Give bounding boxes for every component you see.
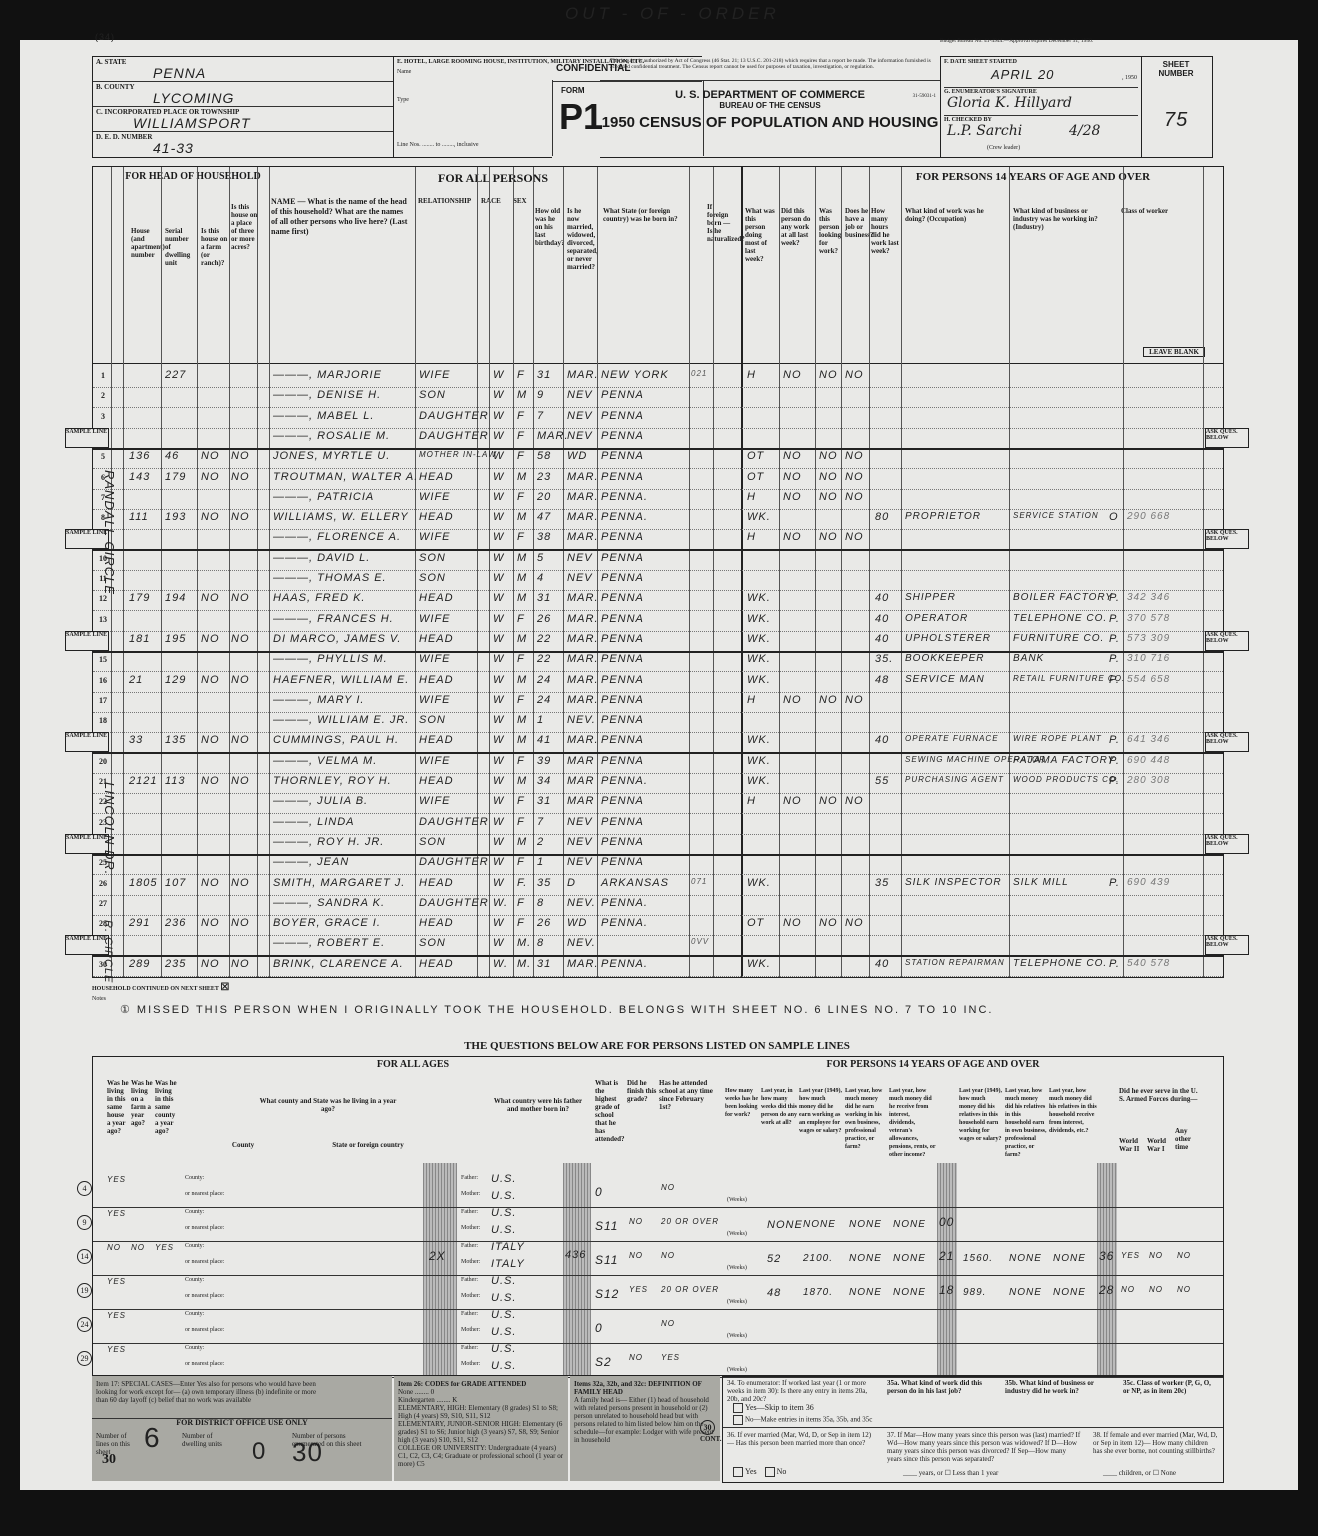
activity-last-week: H — [747, 795, 756, 807]
weeks-label: (Weeks) — [727, 1265, 747, 1272]
num-dwelling: 0 — [252, 1448, 266, 1456]
sex: F — [517, 430, 525, 442]
marital-status: MAR. — [567, 734, 599, 746]
birthplace: PENNA — [601, 633, 644, 645]
notes-text: ① MISSED THIS PERSON WHEN I ORIGINALLY T… — [120, 1003, 993, 1016]
activity-last-week: H — [747, 694, 756, 706]
marital-status: MAR. — [567, 694, 599, 706]
age: 26 — [537, 917, 551, 929]
finished-grade[interactable]: No — [629, 1353, 643, 1362]
marital-status: WD — [567, 450, 587, 462]
father-label: Father: — [461, 1345, 478, 1352]
marital-status: MAR. — [567, 613, 599, 625]
attended-school[interactable]: Yes — [661, 1353, 680, 1362]
mother-birthplace: U.S. — [491, 1292, 516, 1304]
sample-line-circle-icon: 14 — [77, 1249, 92, 1264]
mother-label: Mother: — [461, 1191, 480, 1198]
sample-row: 4YesCounty:or nearest place:Father:Mothe… — [93, 1173, 1223, 1208]
relationship: WIFE — [419, 613, 451, 625]
relationship: DAUGHTER — [419, 897, 489, 909]
q33a-answer[interactable]: No — [1121, 1285, 1135, 1294]
location-block: a. STATEPENNA b. COUNTYLYCOMING c. INCOR… — [92, 56, 394, 158]
sex: M — [517, 674, 527, 686]
code-g: 28 — [1099, 1283, 1114, 1297]
person-name: ———, JULIA B. — [273, 795, 368, 807]
ask-questions-below-tag: ASK QUES. BELOW — [1205, 631, 1249, 651]
num-lines: 30 — [102, 1456, 116, 1464]
serial-number: 129 — [165, 674, 186, 686]
father-birthplace: ITALY — [491, 1241, 525, 1253]
birthplace: PENNA — [601, 653, 644, 665]
q35c-text: 35c. Class of worker (P, G, O, or NP, as… — [1123, 1379, 1218, 1395]
type-label: Type — [397, 97, 409, 104]
house-number: 111 — [129, 511, 149, 523]
table-row: 15———, PHYLLIS M.WIFEWF22MAR.PENNAWK.35.… — [93, 651, 1223, 672]
person-name: ———, FRANCES H. — [273, 613, 394, 625]
table-row: 8111193NoNoWILLIAMS, W. ELLERYHEADWM47MA… — [93, 509, 1223, 530]
q33b-answer[interactable]: No — [1149, 1285, 1163, 1294]
state-value: PENNA — [153, 65, 206, 81]
county-value: LYCOMING — [153, 90, 234, 106]
special-cases-box: Item 17: SPECIAL CASES—Enter Yes also fo… — [92, 1376, 392, 1481]
marital-status: D — [567, 877, 576, 889]
q21-answer[interactable]: Yes — [107, 1277, 126, 1286]
ask-questions-below-tag: ASK QUES. BELOW — [1205, 529, 1249, 549]
age: MAR. — [537, 430, 569, 442]
race: W — [493, 917, 504, 929]
col19-header: How many hours did he work last week? — [871, 207, 899, 255]
class-of-worker: P. — [1109, 734, 1120, 746]
col8-header: RELATIONSHIP — [418, 197, 478, 205]
street-randall-circle: RANDALL CIRCLE — [102, 470, 117, 595]
title-block: U. S. DEPARTMENT OF COMMERCE BUREAU OF T… — [600, 80, 940, 158]
class-of-worker: P. — [1109, 877, 1120, 889]
house-number: 136 — [129, 450, 150, 462]
father-birthplace: U.S. — [491, 1207, 516, 1219]
col4-header: Is this house on a farm (or ranch)? — [201, 227, 229, 267]
table-row: 7———, PATRICIAWIFEWF20MAR.PENNA.HNONONO — [93, 489, 1223, 510]
q33c-answer[interactable]: No — [1177, 1251, 1191, 1260]
race: W — [493, 430, 504, 442]
table-row: 18———, WILLIAM E. JR.SONWM1NEV.PENNA — [93, 712, 1223, 733]
table-row: 23———, LINDADAUGHTERWF7NEVPENNA — [93, 814, 1223, 835]
sex: M — [517, 471, 527, 483]
q21-answer[interactable]: Yes — [107, 1311, 126, 1320]
coding: 370 578 — [1127, 613, 1170, 624]
code-d: 2X — [429, 1249, 446, 1263]
age: 34 — [537, 775, 551, 787]
q36-yes-checkbox[interactable] — [733, 1467, 743, 1477]
relationship: SON — [419, 572, 446, 584]
q31b-income: None — [849, 1253, 882, 1264]
activity-last-week: OT — [747, 917, 764, 929]
table-row: 11———, THOMAS E.SONWM4NEVPENNA — [93, 570, 1223, 591]
checked-date: 4/28 — [1069, 123, 1100, 139]
birthplace: PENNA — [601, 755, 644, 767]
class-of-worker: P. — [1109, 755, 1120, 767]
looking-for-work: NO — [819, 531, 838, 543]
house-number: 1805 — [129, 877, 157, 889]
q31b-header: Last year, how much money did he earn wo… — [845, 1087, 887, 1151]
age: 31 — [537, 958, 551, 970]
sex: M. — [517, 958, 531, 970]
relationship: HEAD — [419, 674, 454, 686]
nearest-place-label: or nearest place: — [185, 1361, 224, 1368]
col5-header: Is this house on a place of three or mor… — [231, 203, 259, 251]
sex: M — [517, 572, 527, 584]
activity-last-week: WK. — [747, 633, 771, 645]
age: 7 — [537, 816, 544, 828]
sample-questions-table: FOR ALL AGES FOR PERSONS 14 YEARS OF AGE… — [92, 1056, 1224, 1376]
marital-status: NEV — [567, 430, 593, 442]
acres-answer: No — [231, 775, 250, 787]
looking-for-work: NO — [819, 917, 838, 929]
county-label: County: — [185, 1175, 204, 1182]
coding: 342 346 — [1127, 592, 1170, 603]
table-row: 24SAMPLE LINEASK QUES. BELOW———, ROY H. … — [93, 834, 1223, 856]
coding: 690 448 — [1127, 755, 1170, 766]
sex: F — [517, 816, 525, 828]
serial-number: 194 — [165, 592, 186, 604]
q37-tail: ____ years, or ☐ Less than 1 year — [903, 1469, 998, 1477]
house-number: 179 — [129, 592, 150, 604]
sex: F — [517, 897, 525, 909]
weeks-worked: 48 — [767, 1287, 781, 1299]
q21-answer[interactable]: Yes — [107, 1345, 126, 1354]
q36-no-checkbox[interactable] — [765, 1467, 775, 1477]
q33a-answer[interactable]: Yes — [1121, 1251, 1140, 1260]
code-f: 21 — [939, 1249, 954, 1263]
col9-header: RACE — [481, 197, 511, 205]
race: W — [493, 795, 504, 807]
person-name: ———, DAVID L. — [273, 552, 370, 564]
place-value: WILLIAMSPORT — [133, 115, 251, 131]
activity-last-week: OT — [747, 450, 764, 462]
marital-status: MAR — [567, 775, 594, 787]
attended-school[interactable]: 20 or over — [661, 1217, 719, 1226]
q22-answer[interactable]: No — [131, 1243, 145, 1252]
date-year: , 1950 — [1122, 75, 1137, 82]
q27-header: Did he finish this grade? — [627, 1079, 657, 1103]
table-row: 29SAMPLE LINEASK QUES. BELOW———, ROBERT … — [93, 935, 1223, 957]
coding: 641 346 — [1127, 734, 1170, 745]
birthplace: PENNA. — [601, 511, 648, 523]
q34-no-option[interactable]: No—Make entries in items 35a, 35b, and 3… — [733, 1415, 872, 1425]
farm-answer: No — [201, 917, 220, 929]
race: W — [493, 856, 504, 868]
col20a-header: What kind of work was he doing? (Occupat… — [905, 207, 1005, 223]
industry: PAJAMA FACTORY — [1013, 755, 1115, 766]
q22-header: Was he living on a farm a year ago? — [131, 1079, 153, 1127]
q23-answer[interactable]: Yes — [155, 1243, 174, 1252]
age: 23 — [537, 471, 551, 483]
race: W — [493, 877, 504, 889]
occupation: PROPRIETOR — [905, 511, 981, 522]
form-id: P1 — [559, 96, 603, 138]
relationship: DAUGHTER — [419, 816, 489, 828]
acres-answer: No — [231, 511, 250, 523]
person-name: ———, MABEL L. — [273, 410, 374, 422]
activity-last-week: WK. — [747, 613, 771, 625]
coding: 280 308 — [1127, 775, 1170, 786]
supplementary-questions: 34. To enumerator: If worked last year (… — [722, 1376, 1224, 1483]
line-number: 18 — [95, 716, 111, 725]
marital-status: NEV. — [567, 897, 596, 909]
person-name: ———, PHYLLIS M. — [273, 653, 388, 665]
marital-status: MAR. — [567, 653, 599, 665]
coding: 573 309 — [1127, 633, 1170, 644]
person-name: ———, SANDRA K. — [273, 897, 385, 909]
finished-grade[interactable]: No — [629, 1251, 643, 1260]
farm-answer: No — [201, 633, 220, 645]
weeks-label: (Weeks) — [727, 1299, 747, 1306]
activity-last-week: H — [747, 491, 756, 503]
q21-answer[interactable]: Yes — [107, 1209, 126, 1218]
coding: 540 578 — [1127, 958, 1170, 969]
has-job: NO — [845, 531, 864, 543]
activity-last-week: WK. — [747, 877, 771, 889]
occupation: UPHOLSTERER — [905, 633, 991, 644]
grade-codes-box: Item 26: CODES for GRADE ATTENDED None .… — [394, 1376, 568, 1481]
head-of-household-header: FOR HEAD OF HOUSEHOLD — [123, 171, 263, 182]
race: W — [493, 653, 504, 665]
birthplace: PENNA — [601, 471, 644, 483]
q33c-answer[interactable]: No — [1177, 1285, 1191, 1294]
occupation: SERVICE MAN — [905, 674, 985, 685]
marital-status: MAR. — [567, 531, 599, 543]
col16-header: Did this person do any work at all last … — [781, 207, 813, 247]
sex: F — [517, 795, 525, 807]
father-birthplace: U.S. — [491, 1173, 516, 1185]
sample-line-circle-icon: 19 — [77, 1283, 92, 1298]
class-of-worker: P. — [1109, 775, 1120, 787]
street-r-circle: R. CIRCLE — [102, 920, 114, 983]
q34-no-label: No—Make entries in items 35a, 35b, and 3… — [745, 1416, 872, 1424]
sample-line-tag: SAMPLE LINE — [65, 732, 109, 752]
farm-answer: No — [201, 958, 220, 970]
acres-answer: No — [231, 734, 250, 746]
relationship: WIFE — [419, 653, 451, 665]
q36-no-label: No — [777, 1467, 787, 1476]
race: W — [493, 816, 504, 828]
birthplace: PENNA — [601, 592, 644, 604]
class-of-worker: P. — [1109, 653, 1120, 665]
person-name: BRINK, CLARENCE A. — [273, 958, 404, 970]
form-title: 1950 CENSUS OF POPULATION AND HOUSING — [600, 114, 940, 131]
q38-tail: ____ children, or ☐ None — [1103, 1469, 1176, 1477]
county-label: County: — [185, 1311, 204, 1318]
attended-school[interactable]: 20 or over — [661, 1285, 719, 1294]
person-name: ———, JEAN — [273, 856, 349, 868]
ask-questions-below-tag: ASK QUES. BELOW — [1205, 935, 1249, 955]
table-row: 17———, MARY I.WIFEWF24MAR.PENNAHNONONO — [93, 692, 1223, 713]
q21-answer[interactable]: Yes — [107, 1175, 126, 1184]
q23-header: Was he living in this same county a year… — [155, 1079, 177, 1135]
code-b: 021 — [691, 369, 707, 378]
sex: M — [517, 633, 527, 645]
race: W — [493, 410, 504, 422]
age: 2 — [537, 836, 544, 848]
relationship: DAUGHTER — [419, 410, 489, 422]
birthplace: PENNA — [601, 816, 644, 828]
relationship: DAUGHTER — [419, 430, 489, 442]
weeks-label: (Weeks) — [727, 1367, 747, 1374]
q34-yes-checkbox[interactable] — [733, 1403, 743, 1413]
attended-school[interactable]: No — [661, 1251, 675, 1260]
serial-number: 236 — [165, 917, 186, 929]
birthplace: PENNA — [601, 410, 644, 422]
q36-options[interactable]: Yes No — [733, 1467, 786, 1477]
mother-birthplace: U.S. — [491, 1190, 516, 1202]
table-row: 20———, VELMA M.WIFEWF39MARPENNAWK.SEWING… — [93, 753, 1223, 774]
birthplace: PENNA — [601, 531, 644, 543]
activity-last-week: WK. — [747, 653, 771, 665]
relationship: WIFE — [419, 531, 451, 543]
name-label: Name — [397, 69, 411, 76]
num-dwelling-label: Number of dwelling units — [182, 1432, 232, 1448]
weeks-worked: None — [767, 1219, 803, 1231]
table-row: 12179194NoNoHAAS, FRED K.HEADWM31MAR.PEN… — [93, 590, 1223, 611]
industry: TELEPHONE Co. — [1013, 958, 1107, 969]
q32a-income: 989. — [963, 1287, 986, 1298]
marital-status: MAR. — [567, 491, 599, 503]
relationship: WIFE — [419, 795, 451, 807]
activity-last-week: H — [747, 531, 756, 543]
birthplace: PENNA. — [601, 897, 648, 909]
occupation: STATION REPAIRMAN — [905, 958, 1005, 967]
table-row: 1227———, MARJORIEWIFEWF31MAR.NEW YORK021… — [93, 367, 1223, 388]
finished-grade[interactable]: No — [629, 1217, 643, 1226]
father-label: Father: — [461, 1311, 478, 1318]
race: W — [493, 755, 504, 767]
marital-status: MAR. — [567, 674, 599, 686]
relationship: HEAD — [419, 471, 454, 483]
sex: M — [517, 389, 527, 401]
q34-no-checkbox[interactable] — [733, 1415, 743, 1425]
serial-number: 46 — [165, 450, 179, 462]
q33b-answer[interactable]: No — [1149, 1251, 1163, 1260]
worked-last-week: NO — [783, 795, 802, 807]
birthplace: PENNA — [601, 572, 644, 584]
weeks-worked: 52 — [767, 1253, 781, 1265]
q21-answer[interactable]: No — [107, 1243, 121, 1252]
has-job: NO — [845, 694, 864, 706]
table-row: 1621129NoNoHAEFNER, WILLIAM E.HEADWM24MA… — [93, 672, 1223, 693]
house-number: 21 — [129, 674, 143, 686]
farm-answer: No — [201, 775, 220, 787]
marital-status: MAR. — [567, 633, 599, 645]
age: 8 — [537, 897, 544, 909]
marital-status: WD — [567, 917, 587, 929]
highest-grade: S2 — [595, 1355, 612, 1369]
looking-for-work: NO — [819, 694, 838, 706]
has-job: NO — [845, 917, 864, 929]
special-cases-text: Item 17: SPECIAL CASES—Enter Yes also fo… — [92, 1376, 330, 1408]
q31b-income: None — [849, 1287, 882, 1298]
q32b-income: None — [1009, 1287, 1042, 1298]
hours-worked: 40 — [875, 592, 889, 604]
class-of-worker: P. — [1109, 674, 1120, 686]
relationship: HEAD — [419, 877, 454, 889]
grade-code-2: ELEMENTARY, HIGH: Elementary (8 grades) … — [398, 1404, 564, 1420]
hours-worked: 40 — [875, 958, 889, 970]
hours-worked: 48 — [875, 674, 889, 686]
finished-grade[interactable]: Yes — [629, 1285, 648, 1294]
marital-status: MAR — [567, 755, 594, 767]
sex: M — [517, 734, 527, 746]
acres-answer: No — [231, 633, 250, 645]
q32b-income: None — [1009, 1253, 1042, 1264]
highest-grade: S12 — [595, 1287, 619, 1301]
hours-worked: 80 — [875, 511, 889, 523]
acres-answer: NO — [231, 917, 250, 929]
looking-for-work: NO — [819, 369, 838, 381]
serial-number: 235 — [165, 958, 186, 970]
worked-last-week: NO — [783, 450, 802, 462]
table-row: 27———, SANDRA K.DAUGHTERW.F8NEV.PENNA. — [93, 895, 1223, 916]
activity-last-week: WK. — [747, 674, 771, 686]
continued-checkbox[interactable]: ☒ — [220, 982, 229, 993]
weeks-label: (Weeks) — [727, 1333, 747, 1340]
nearest-place-label: or nearest place: — [185, 1327, 224, 1334]
q31c-income: None — [893, 1287, 926, 1298]
has-job: NO — [845, 369, 864, 381]
attended-school[interactable]: No — [661, 1319, 675, 1328]
sex: M — [517, 552, 527, 564]
col10-header: SEX — [513, 197, 533, 205]
age: 41 — [537, 734, 551, 746]
serial-number: 107 — [165, 877, 186, 889]
has-job: NO — [845, 450, 864, 462]
age: 39 — [537, 755, 551, 767]
person-name: BOYER, GRACE I. — [273, 917, 381, 929]
family-head-title: Items 32a, 32b, and 32c: DEFINITION OF F… — [574, 1380, 716, 1396]
sex: F — [517, 755, 525, 767]
activity-last-week: WK. — [747, 775, 771, 787]
age: 31 — [537, 592, 551, 604]
sex: F — [517, 613, 525, 625]
race: W — [493, 531, 504, 543]
institution-block: e. HOTEL, LARGE ROOMING HOUSE, INSTITUTI… — [392, 56, 552, 158]
occupation: PURCHASING AGENT — [905, 775, 1004, 784]
sheet-number: 75 — [1164, 109, 1188, 132]
attended-school[interactable]: No — [661, 1183, 675, 1192]
q34-yes-option[interactable]: Yes—Skip to item 36 — [733, 1403, 814, 1413]
table-row: 3———, MABEL L.DAUGHTERWF7NEVPENNA — [93, 408, 1223, 429]
age: 4 — [537, 572, 544, 584]
line-number: 12 — [95, 594, 111, 603]
line-number: 20 — [95, 757, 111, 766]
col17-header: Was this person looking for work? — [819, 207, 843, 255]
age: 22 — [537, 633, 551, 645]
sample-line-tag: SAMPLE LINE — [65, 428, 109, 448]
dept-title: U. S. DEPARTMENT OF COMMERCE — [600, 89, 940, 101]
age: 31 — [537, 369, 551, 381]
relationship: HEAD — [419, 958, 454, 970]
worked-last-week: NO — [783, 491, 802, 503]
serial-number: 179 — [165, 471, 186, 483]
serial-number: 135 — [165, 734, 186, 746]
house-number: 2121 — [129, 775, 157, 787]
mother-birthplace: U.S. — [491, 1360, 516, 1372]
county-label: County: — [185, 1243, 204, 1250]
hours-worked: 55 — [875, 775, 889, 787]
table-row: 19SAMPLE LINEASK QUES. BELOW33135NoNoCUM… — [93, 732, 1223, 754]
father-label: Father: — [461, 1277, 478, 1284]
birthplace: PENNA. — [601, 917, 648, 929]
marital-status: NEV — [567, 552, 593, 564]
marital-status: NEV — [567, 389, 593, 401]
